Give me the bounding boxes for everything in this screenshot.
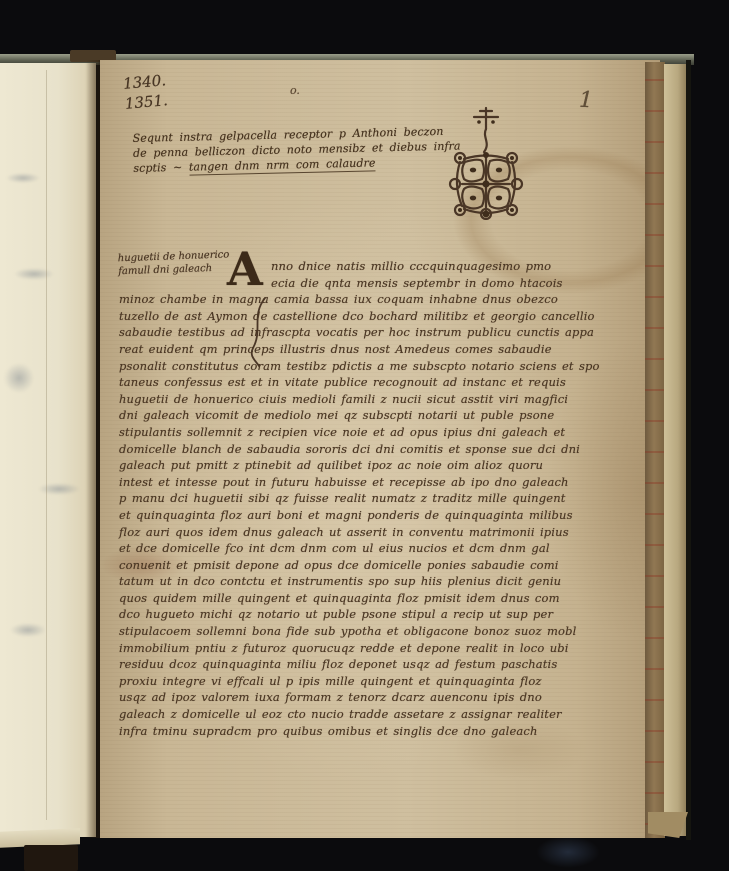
manuscript-line: et quinquaginta floz auri boni et magni … (119, 507, 629, 524)
manuscript-line: domicelle blanch de sabaudia sororis dci… (119, 441, 629, 458)
manuscript-line: immobilium pntiu z futuroz quorucuqz red… (119, 640, 629, 657)
show-through-mark (10, 623, 46, 637)
light-glare (536, 836, 600, 868)
manuscript-photo: 1340. 1351. o. 1 Sequnt instra gelpacell… (0, 0, 729, 871)
manuscript-line: taneus confessus est et in vitate public… (119, 374, 629, 391)
manuscript-line: dni galeach vicomit de mediolo mei qz su… (119, 407, 629, 424)
show-through-mark (14, 268, 54, 280)
folio-number: 1 (579, 88, 594, 113)
show-through-mark (4, 363, 34, 393)
manuscript-line: nno dnice natis millio cccquinquagesimo … (119, 258, 629, 275)
manuscript-line: reat euident qm princeps illustris dnus … (119, 341, 629, 358)
manuscript-line: intest et intesse pout in futuru habuiss… (119, 474, 629, 491)
manuscript-line: tatum ut in dco contctu et instrumentis … (119, 573, 629, 590)
manuscript-line: ecia die qnta mensis septembr in domo ht… (119, 275, 629, 292)
manuscript-line: galeach put pmitt z ptinebit ad quilibet… (119, 457, 629, 474)
manuscript-line: huguetii de honuerico ciuis medioli fami… (119, 391, 629, 408)
manuscript-line: stipulacoem sollemni bona fide sub ypoth… (119, 623, 629, 640)
manuscript-line: conuenit et pmisit depone ad opus dce do… (119, 557, 629, 574)
manuscript-line: tuzello de ast Aymon de castellione dco … (119, 308, 629, 325)
page-edge-shadow (686, 60, 691, 840)
manuscript-line: residuu dcoz quinquaginta miliu floz dep… (119, 656, 629, 673)
notarial-sign-icon (436, 105, 536, 220)
manuscript-line: p manu dci huguetii sibi qz fuisse reali… (119, 490, 629, 507)
manuscript-line: sabaudie testibus ad infrascpta vocatis … (119, 324, 629, 341)
manuscript-line: quos quidem mille quingent et quinquagin… (119, 590, 629, 607)
small-o-mark: o. (290, 84, 300, 97)
manuscript-line: floz auri quos idem dnus galeach ut asse… (119, 524, 629, 541)
facing-page (0, 63, 96, 837)
manuscript-line: minoz chambe in magna camia bassa iux co… (119, 291, 629, 308)
facing-page-crease (46, 70, 47, 820)
rubric-header: Sequnt instra gelpacella receptor p Anth… (133, 124, 479, 176)
show-through-mark (6, 173, 40, 183)
rubric-line-start: scptis ~ (133, 160, 189, 174)
page-edges-outer (664, 64, 687, 836)
manuscript-line: dco hugueto michi qz notario ut puble ps… (119, 606, 629, 623)
archival-dates: 1340. 1351. (122, 70, 168, 114)
manuscript-line: psonalit constitutus coram testibz pdict… (119, 358, 629, 375)
page-edges-inner (645, 62, 665, 838)
leather-tab (24, 845, 78, 871)
act-body-text: nno dnice natis millio cccquinquagesimo … (119, 258, 629, 739)
manuscript-line: stipulantis sollemnit z recipien vice no… (119, 424, 629, 441)
date-bottom: 1351. (124, 90, 169, 114)
manuscript-line: infra tminu supradcm pro quibus omibus e… (119, 723, 629, 740)
show-through-mark (38, 483, 80, 495)
manuscript-line: proxiu integre vi effcali ul p ipis mill… (119, 673, 629, 690)
manuscript-line: usqz ad ipoz valorem iuxa formam z tenor… (119, 689, 629, 706)
manuscript-line: galeach z domicelle ul eoz cto nucio tra… (119, 706, 629, 723)
manuscript-line: et dce domicelle fco int dcm dnm com ul … (119, 540, 629, 557)
